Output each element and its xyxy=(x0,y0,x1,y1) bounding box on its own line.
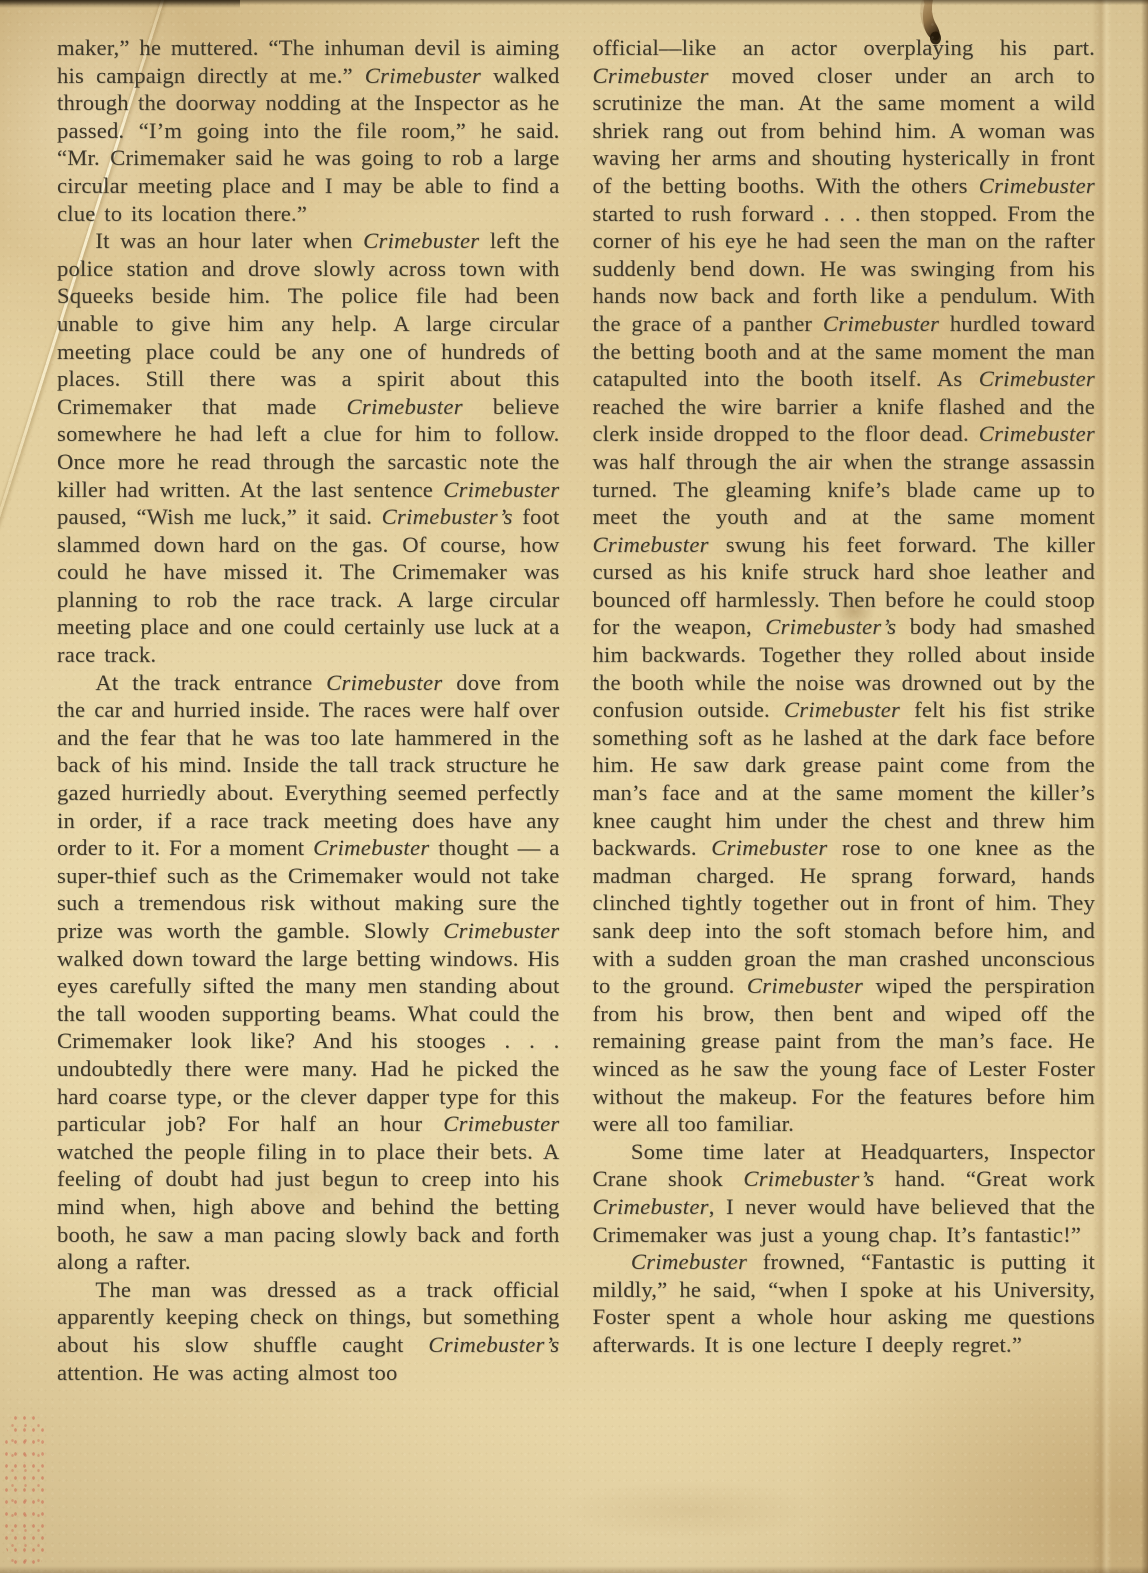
vertical-fold-line xyxy=(1092,0,1112,1573)
story-paragraph: It was an hour later when Crimebuster le… xyxy=(57,227,560,669)
page-edge-shadow-top-left xyxy=(0,0,240,8)
text-column-left: maker,” he muttered. “The inhuman devil … xyxy=(57,34,560,1386)
text-column-right: official—like an actor overplaying his p… xyxy=(593,34,1096,1386)
page-body: maker,” he muttered. “The inhuman devil … xyxy=(57,34,1095,1386)
paper-tear-icon xyxy=(910,0,956,50)
story-paragraph: official—like an actor overplaying his p… xyxy=(593,34,1096,1138)
scanned-page: { "page": { "kind": "aged comic-book tex… xyxy=(0,0,1148,1573)
story-paragraph: The man was dressed as a track official … xyxy=(57,1276,560,1386)
red-ink-speckles xyxy=(2,1412,50,1572)
story-paragraph: maker,” he muttered. “The inhuman devil … xyxy=(57,34,560,227)
paper-tear-mark xyxy=(910,0,956,50)
page-edge-shadow-bottom xyxy=(0,1566,1148,1573)
story-paragraph: At the track entrance Crimebuster dove f… xyxy=(57,669,560,1276)
stain xyxy=(560,1480,820,1540)
story-paragraph: Crimebuster frowned, “Fantastic is putti… xyxy=(593,1248,1096,1358)
story-paragraph: Some time later at Headquarters, Inspect… xyxy=(593,1138,1096,1248)
page-edge-shadow-right xyxy=(1141,0,1148,1573)
